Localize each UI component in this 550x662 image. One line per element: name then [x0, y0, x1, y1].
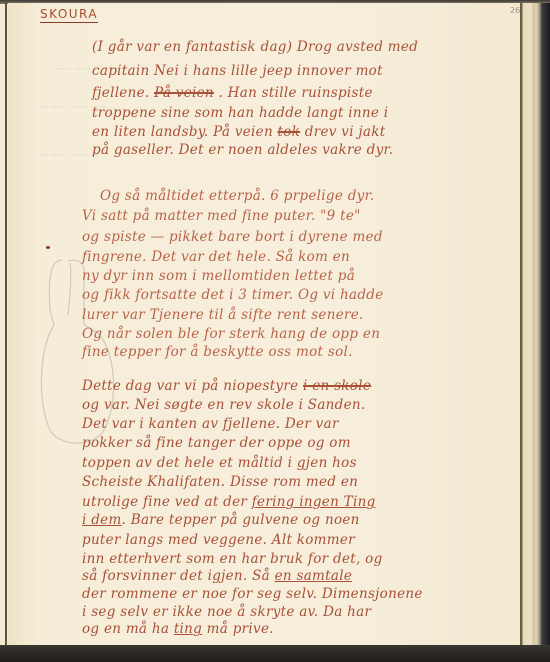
text-line: fingrene. Det var det hele. Så kom en [82, 249, 350, 265]
text-line: Det var i kanten av fjellene. Der var [82, 416, 339, 432]
text-line: i seg selv er ikke noe å skryte av. Da h… [82, 604, 371, 620]
text-line: Scheiste Khalifaten. Disse rom med en [82, 474, 358, 490]
underlined-text: i dem [82, 512, 122, 528]
text-line: troppene sine som han hadde langt inne i [92, 105, 388, 121]
text-line: en liten landsby. På veien tok drev vi j… [92, 124, 385, 140]
text-line: utrolige fine ved at der fering ingen Ti… [82, 494, 376, 510]
text-line: ny dyr inn som i mellomtiden lettet på [82, 268, 355, 284]
text-line: Og når solen ble for sterk hang de opp e… [82, 326, 380, 342]
text-line: og spiste — pikket bare bort i dyrene me… [82, 229, 383, 245]
page-stack-edge [520, 3, 550, 646]
text-line: inn etterhvert som en har bruk for det, … [82, 551, 383, 567]
text-line: og fikk fortsatte det i 3 timer. Og vi h… [82, 287, 384, 303]
underlined-text: ting [174, 621, 202, 637]
text-line: der rommene er noe for seg selv. Dimensj… [82, 586, 423, 602]
text-line: så forsvinner det igjen. Så en samtale [82, 568, 352, 584]
text-line: fine tepper for å beskytte oss mot sol. [82, 344, 353, 360]
text-line: pokker så fine tanger der oppe og om [82, 435, 351, 451]
text-line: Og så måltidet etterpå. 6 prpelige dyr. [100, 188, 374, 204]
text-line: fjellene. På veien . Han stille ruinspis… [92, 85, 373, 101]
struck-text: i en skole [303, 378, 371, 394]
binding-edge [5, 0, 7, 646]
text-line: toppen av det hele et måltid i gjen hos [82, 455, 357, 471]
struck-text: tok [278, 124, 301, 140]
ink-mark [46, 246, 50, 249]
text-line: puter langs med veggene. Alt kommer [82, 532, 355, 548]
text-line: capitain Nei i hans lille jeep innover m… [92, 63, 383, 79]
page-heading: SKOURA [40, 7, 98, 23]
bleed-through-text: ~~~ ~~~ [40, 148, 99, 161]
struck-text: fering ingen Ting [252, 494, 376, 510]
text-line: og var. Nei søgte en rev skole i Sanden. [82, 397, 366, 413]
struck-text: På veien [154, 85, 214, 101]
text-line: (I går var en fantastisk dag) Drog avste… [92, 39, 418, 55]
text-line: på gaseller. Det er noen aldeles vakre d… [92, 142, 393, 158]
bottom-edge [0, 645, 550, 662]
text-line: og en må ha ting må prive. [82, 621, 274, 637]
text-line: i dem. Bare tepper på gulvene og noen [82, 512, 360, 528]
text-line: lurer var Tjenere til å sifte rent sener… [82, 307, 364, 323]
text-line: Vi satt på matter med fine puter. "9 te" [82, 208, 361, 224]
underlined-text: en samtale [275, 568, 353, 584]
text-line: Dette dag var vi på niopestyre i en skol… [82, 378, 371, 394]
page-number: 26 [510, 6, 520, 15]
